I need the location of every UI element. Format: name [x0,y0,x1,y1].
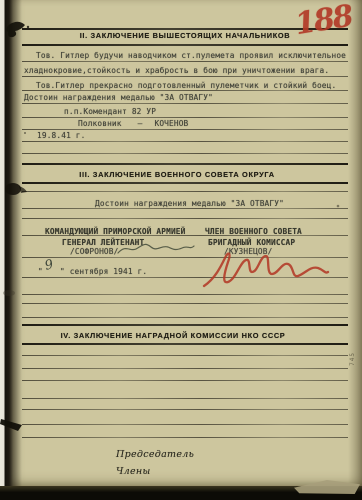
ruled-line [22,141,348,142]
section3-header: III. ЗАКЛЮЧЕНИЕ ВОЕННОГО СОВЕТА ОКРУГА [14,170,340,179]
ruled-line [22,218,348,219]
date-open-quote: " [38,267,43,276]
ruled-line [22,129,348,130]
edge-mark: 745 [349,352,356,366]
ruled-line [22,424,348,425]
ruled-line [22,380,348,381]
signatory-title: п.п.Комендант 82 УР [64,107,156,116]
ruled-line [22,153,348,154]
red-ink-signature [198,250,330,292]
section2-verdict: Достоин награждения медалью "ЗА ОТВАГУ" [24,93,213,102]
ruled-line [22,182,348,184]
dash: — [138,119,143,128]
ruled-line [22,191,348,192]
conclusion-line-2: хладнокровие,стойкость и храбрость в бою… [24,66,329,75]
members-label: Члены [116,466,151,477]
ruled-line [22,398,348,399]
ruled-line [22,303,348,304]
commander-title: КОМАНДУЮЩИЙ ПРИМОРСКОЙ АРМИЕЙ [45,227,185,236]
ruled-line [22,163,348,165]
ruled-line [22,343,348,345]
conclusion-line-1: Тов. Гитлер будучи наводчиком ст.пулемет… [36,51,346,60]
chairman-label: Председатель [116,449,194,460]
ruled-line [22,208,348,209]
ruled-line [22,44,348,46]
rank: Полковник [78,119,122,128]
signatory-rank-name: Полковник—КОЧЕНОВ [78,119,188,128]
section3-date: " сентября 1941 г. [60,267,147,276]
section4-header: IV. ЗАКЛЮЧЕНИЕ НАГРАДНОЙ КОМИССИИ НКО СС… [10,331,336,340]
ruled-line [22,76,348,77]
ruled-line [22,294,348,295]
section2-date: 19.8.41 г. [37,131,85,140]
ruled-line [22,117,348,118]
ruled-line [22,90,348,91]
ruled-line [22,368,348,369]
ruled-line [22,317,348,318]
commander-name: /СОФРОНОВ/ [70,247,118,256]
commander-ink-signature [116,239,196,259]
commissar-rank: БРИГАДНЫЙ КОМИССАР [208,238,295,247]
ruled-line [22,103,348,104]
award-document-scan: II. ЗАКЛЮЧЕНИЕ ВЫШЕСТОЯЩИХ НАЧАЛЬНИКОВ Т… [0,0,362,500]
ruled-line [22,437,348,438]
section3-verdict: Достоин награждения медалью "ЗА ОТВАГУ" [95,199,284,208]
signatory-name: КОЧЕНОВ [154,119,188,128]
ruled-line [22,324,348,326]
council-member-title: ЧЛЕН ВОЕННОГО СОВЕТА [205,227,302,236]
ruled-line [22,355,348,356]
conclusion-line-3: Тов.Гитлер прекрасно подготовленный пуле… [36,81,336,90]
ruled-line [22,409,348,410]
ruled-line [22,61,348,62]
